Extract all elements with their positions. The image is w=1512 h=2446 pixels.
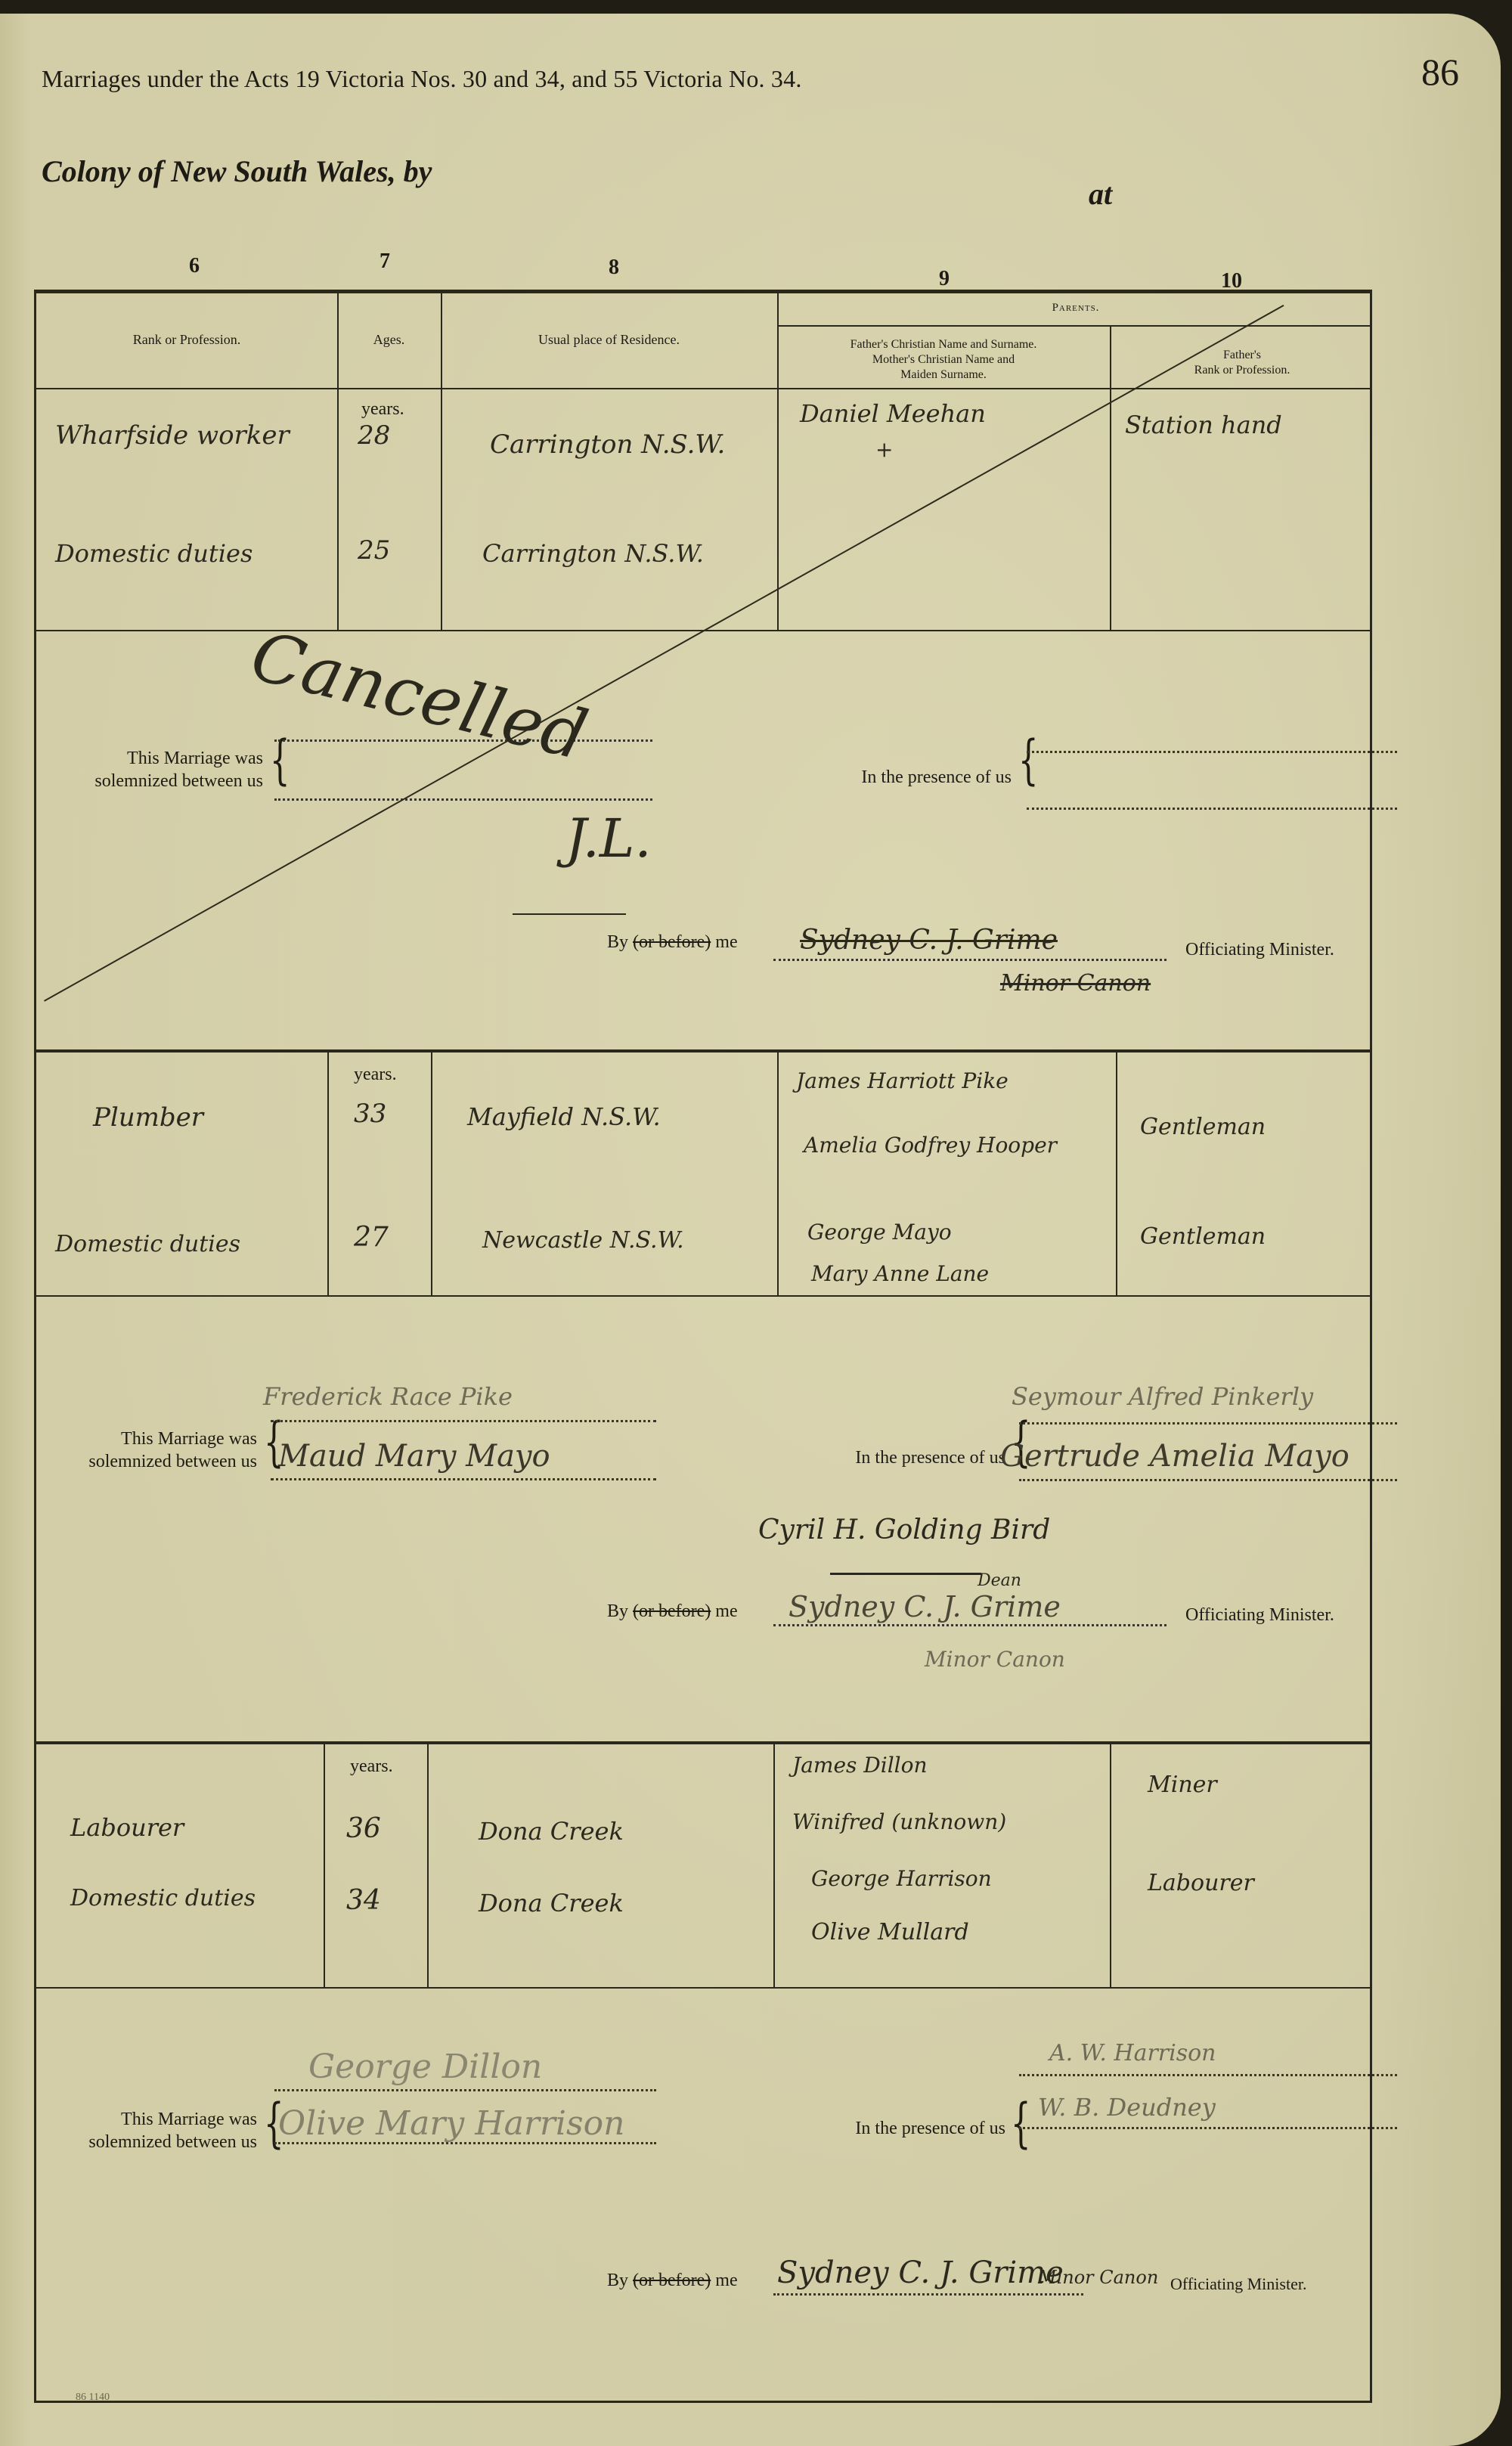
groom-residence: Dona Creek [479, 1817, 624, 1846]
header-residence: Usual place of Residence. [441, 331, 777, 349]
bride-father-rank: Labourer [1148, 1870, 1254, 1896]
groom-father-name: James Dillon [792, 1753, 928, 1778]
page-number: 86 [1421, 50, 1459, 94]
minister-signature: Sydney C. J. Grime [777, 2255, 1064, 2290]
bride-father-name: George Mayo [807, 1220, 952, 1245]
witness-2-signature: Gertrude Amelia Mayo [1000, 1439, 1349, 1474]
solemnized-label: This Marriage was solemnized between us [36, 2108, 257, 2153]
party-line [274, 2089, 656, 2091]
groom-age: 36 [346, 1813, 381, 1844]
or-before-struck: (or before) [633, 932, 711, 952]
bride-residence: Carrington N.S.W. [482, 539, 704, 568]
header-father-rank: Father's Rank or Profession. [1110, 348, 1374, 378]
me-text: me [715, 2271, 737, 2290]
header-rank: Rank or Profession. [36, 331, 337, 349]
solemnized-label-line1: This Marriage was [36, 747, 263, 770]
header-parent-names-line1: Father's Christian Name and Surname. [777, 337, 1110, 352]
header-parent-names-line3: Maiden Surname. [777, 367, 1110, 383]
presence-label: In the presence of us [762, 2117, 1005, 2140]
groom-rank: Plumber [93, 1102, 203, 1133]
groom-residence: Mayfield N.S.W. [467, 1102, 661, 1131]
brace: { [1011, 2097, 1031, 2150]
column-number-7: 7 [380, 250, 390, 274]
witness-line [1027, 751, 1397, 753]
years-label: years. [361, 399, 404, 420]
groom-mother-name: + [875, 437, 893, 462]
witness-line [1019, 2127, 1397, 2129]
brace: { [1018, 733, 1039, 786]
dean-underline [830, 1573, 981, 1575]
header-parents: Parents. [777, 301, 1374, 315]
page-header: Marriages under the Acts 19 Victoria Nos… [42, 65, 802, 93]
presence-label: In the presence of us [762, 1446, 1005, 1469]
officiating-label: Officiating Minister. [1185, 940, 1334, 960]
solemnized-label-line2: solemnized between us [36, 2131, 257, 2153]
party-line [271, 1478, 656, 1480]
groom-father-rank: Gentleman [1140, 1114, 1266, 1140]
bride-signature: Olive Mary Harrison [278, 2104, 624, 2143]
witness-line [1019, 1479, 1397, 1481]
entry-divider [36, 1741, 1370, 1744]
bride-age: 27 [354, 1222, 389, 1253]
minister-line [773, 959, 1167, 961]
groom-father-name: James Harriott Pike [796, 1068, 1009, 1093]
by-me-label: By (or before) me [607, 932, 738, 953]
bride-signature: Maud Mary Mayo [278, 1439, 550, 1474]
divider [36, 1295, 1370, 1297]
bride-father-rank: Gentleman [1140, 1223, 1266, 1250]
witness-2-signature: W. B. Deudney [1038, 2093, 1216, 2122]
minister-title-struck: Minor Canon [1000, 970, 1151, 997]
or-before-struck: (or before) [633, 1601, 711, 1621]
minister-signature-struck: Sydney C. J. Grime [800, 925, 1058, 956]
me-text: me [715, 932, 737, 952]
initials-underline [513, 913, 626, 915]
cancel-strike-line [44, 305, 1284, 1002]
bride-age: 25 [358, 535, 390, 566]
groom-father-rank: Station hand [1125, 411, 1282, 439]
bride-residence: Dona Creek [479, 1889, 624, 1917]
groom-rank: Wharfside worker [55, 420, 290, 451]
bride-rank: Domestic duties [55, 1231, 240, 1257]
solemnized-label-line1: This Marriage was [36, 2108, 257, 2131]
witness-1-signature: Seymour Alfred Pinkerly [1012, 1382, 1313, 1411]
groom-residence: Carrington N.S.W. [490, 429, 725, 460]
bride-mother-name: Mary Anne Lane [811, 1261, 989, 1286]
minister-signature: Sydney C. J. Grime [789, 1590, 1061, 1623]
minister-line [773, 2293, 1083, 2296]
groom-age: 28 [358, 420, 390, 451]
bride-residence: Newcastle N.S.W. [482, 1227, 684, 1254]
groom-rank: Labourer [70, 1813, 184, 1842]
solemnized-label-line1: This Marriage was [36, 1428, 257, 1450]
register-table: Rank or Profession. Ages. Usual place of… [34, 290, 1372, 2403]
divider [773, 1741, 775, 1987]
or-before-struck: (or before) [633, 2271, 711, 2290]
witness-line [1027, 808, 1397, 810]
solemnized-label: This Marriage was solemnized between us [36, 747, 263, 792]
divider [431, 1049, 432, 1295]
entry-divider [36, 1049, 1370, 1052]
me-text: me [715, 1601, 737, 1621]
groom-age: 33 [354, 1099, 386, 1129]
colony-label: Colony of New South Wales, by [42, 153, 432, 189]
header-parent-names: Father's Christian Name and Surname. Mot… [777, 337, 1110, 383]
dean-signature: Cyril H. Golding Bird [758, 1514, 1050, 1545]
column-number-6: 6 [189, 254, 200, 278]
divider [777, 325, 1370, 327]
at-label: at [1089, 176, 1112, 212]
solemnized-label-line2: solemnized between us [36, 770, 263, 792]
minister-title: Minor Canon [1038, 2267, 1158, 2288]
divider [36, 388, 1370, 389]
party-line [274, 798, 652, 801]
by-me-label: By (or before) me [607, 1601, 738, 1622]
by-me-label: By (or before) me [607, 2271, 738, 2291]
by-text: By [607, 932, 628, 952]
by-text: By [607, 2271, 628, 2290]
bride-age: 34 [346, 1885, 381, 1916]
header-father-rank-line1: Father's [1110, 348, 1374, 363]
minister-line [773, 1624, 1167, 1626]
bride-father-name: George Harrison [811, 1866, 992, 1891]
divider [1110, 1741, 1111, 1987]
bride-rank: Domestic duties [70, 1885, 256, 1911]
header-parent-names-line2: Mother's Christian Name and [777, 352, 1110, 367]
officiating-label: Officiating Minister. [1170, 2274, 1306, 2294]
groom-father-name: Daniel Meehan [800, 399, 986, 428]
divider [324, 1741, 325, 1987]
years-label: years. [350, 1756, 393, 1777]
groom-signature: George Dillon [308, 2048, 542, 2086]
bride-rank: Domestic duties [55, 539, 253, 568]
bride-mother-name: Olive Mullard [811, 1919, 969, 1945]
divider [427, 1741, 429, 1987]
party-line [271, 1420, 656, 1422]
header-father-rank-line2: Rank or Profession. [1110, 363, 1374, 378]
divider [777, 1049, 779, 1295]
solemnized-label-line2: solemnized between us [36, 1450, 257, 1473]
officiating-label: Officiating Minister. [1185, 1605, 1334, 1626]
dean-title: Dean [978, 1571, 1021, 1590]
groom-mother-name: Winifred (unknown) [792, 1809, 1006, 1834]
cancel-initials: J.L. [565, 808, 652, 870]
witness-line [1019, 2074, 1397, 2076]
groom-mother-name: Amelia Godfrey Hooper [804, 1133, 1057, 1158]
header-ages: Ages. [337, 331, 441, 349]
divider [327, 1049, 329, 1295]
column-number-8: 8 [609, 256, 619, 280]
witness-1-signature: A. W. Harrison [1049, 2040, 1216, 2066]
cancelled-annotation: Cancelled [243, 616, 595, 776]
years-label: years. [354, 1065, 397, 1085]
minister-title: Minor Canon [925, 1647, 1065, 1672]
column-number-9: 9 [939, 267, 950, 291]
groom-signature: Frederick Race Pike [263, 1382, 513, 1411]
by-text: By [607, 1601, 628, 1621]
divider [36, 1987, 1370, 1989]
register-page: Marriages under the Acts 19 Victoria Nos… [0, 14, 1501, 2446]
divider [1116, 1049, 1117, 1295]
print-mark: 86 1140 [76, 2392, 110, 2404]
solemnized-label: This Marriage was solemnized between us [36, 1428, 257, 1473]
witness-line [1019, 1422, 1397, 1425]
groom-father-rank: Miner [1148, 1772, 1217, 1798]
presence-label: In the presence of us [762, 766, 1012, 789]
